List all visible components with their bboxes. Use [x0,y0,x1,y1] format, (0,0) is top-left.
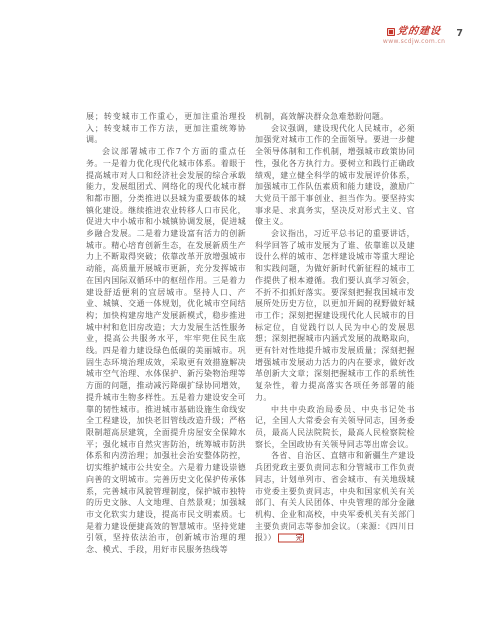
magazine-page: { "header": { "masthead": "党的建设", "websi… [0,0,485,640]
article-paragraph: 会议强调，建设现代化人民城市，必须加强党对城市工作的全面领导。要进一步健全领导体… [255,123,415,228]
article-left-column: 展；转变城市工作重心，更加注重治理投入；转变城市工作方法，更加注重统筹协调。会议… [86,111,246,556]
article-right-column: 机制，高效解决群众急难愁盼问题。会议强调，建设现代化人民城市，必须加强党对城市工… [255,111,415,556]
website-url: www.scdjw.com.cn [383,39,445,45]
masthead-title: 党的建设 [397,27,442,37]
page-number: 7 [456,28,463,45]
magazine-logo: 党的建设 www.scdjw.com.cn [383,27,445,45]
page-header: 党的建设 www.scdjw.com.cn 7 [383,27,463,45]
seal-icon [387,28,395,36]
article-paragraph: 机制，高效解决群众急难愁盼问题。 [255,111,415,123]
article-paragraph: 会议指出，习近平总书记的重要讲话，科学回答了城市发展为了谁、依靠谁以及建设什么样… [255,228,415,404]
article-paragraph: 中共中央政治局委员、中央书记处书记，全国人大常委会有关领导同志，国务委员，最高人… [255,404,415,451]
article-end-icon: 完 [278,534,304,543]
article-paragraph: 各省、自治区、直辖市和新疆生产建设兵团党政主要负责同志和分管城市工作负责同志，计… [255,450,415,544]
article-paragraph: 会议部署城市工作7个方面的重点任务。一是着力优化现代化城市体系。着眼于提高城市对… [86,146,246,556]
article-body: 展；转变城市工作重心，更加注重治理投入；转变城市工作方法，更加注重统筹协调。会议… [86,111,415,556]
article-paragraph: 展；转变城市工作重心，更加注重治理投入；转变城市工作方法，更加注重统筹协调。 [86,111,246,146]
